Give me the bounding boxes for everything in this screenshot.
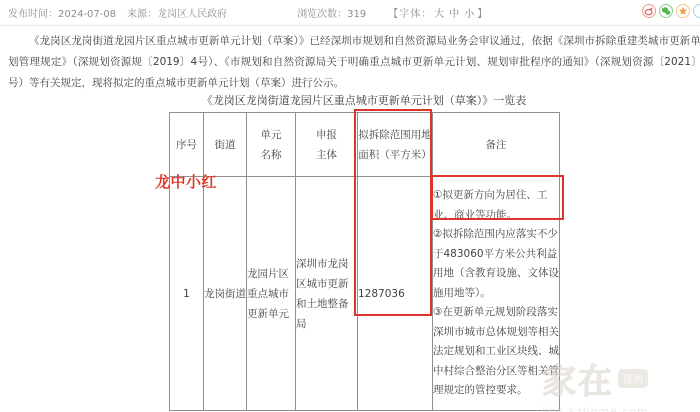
- header-remarks: 备注: [433, 113, 560, 177]
- favorite-star-icon[interactable]: [676, 4, 690, 18]
- header-demolition-area: 拟拆除范围用地面积（平方米）: [358, 113, 433, 177]
- cell-street: 龙岗街道: [204, 177, 247, 411]
- more-share-icon[interactable]: [693, 4, 700, 18]
- watermark: 家在 深圳 bbs.szhome.com: [542, 354, 649, 412]
- view-count-label: 浏览次数：: [297, 9, 347, 20]
- font-size-switcher: 【字体：大中小】: [388, 5, 488, 20]
- publish-time: 发布时间：2024-07-08: [8, 5, 116, 20]
- publish-time-value: 2024-07-08: [58, 9, 116, 20]
- meta-bar: 发布时间：2024-07-08 来源：龙岗区人民政府 浏览次数：319 【字体：…: [0, 0, 700, 26]
- plan-table: 序号 街道 单元 名称 申报 主体 拟拆除范围用地面积（平方米） 备注 1 龙岗…: [169, 112, 560, 411]
- cell-unit-name: 龙园片区重点城市更新单元: [247, 177, 296, 411]
- cell-seq: 1: [170, 177, 204, 411]
- watermark-text: 家在: [542, 354, 614, 403]
- wechat-share-icon[interactable]: [659, 4, 673, 18]
- view-count: 浏览次数：319: [297, 5, 366, 20]
- annotation-reviewer-name: 龙中小红: [155, 171, 217, 192]
- weibo-share-icon[interactable]: [642, 4, 656, 18]
- publish-time-label: 发布时间：: [8, 9, 58, 20]
- font-size-medium-button[interactable]: 中: [449, 9, 460, 20]
- table-row: 1 龙岗街道 龙园片区重点城市更新单元 深圳市龙岗区城市更新和土地整备局 128…: [170, 177, 560, 411]
- font-switcher-close: 】: [477, 9, 488, 20]
- view-count-value: 319: [347, 9, 366, 20]
- source-value: 龙岗区人民政府: [157, 9, 227, 20]
- cell-remarks: ①拟更新方向为居住、工业、商业等功能。 ②拟拆除范围内应落实不少于483060平…: [433, 177, 560, 411]
- table-header-row: 序号 街道 单元 名称 申报 主体 拟拆除范围用地面积（平方米） 备注: [170, 113, 560, 177]
- share-toolbar: [642, 4, 700, 18]
- table-title: 《龙岗区龙岗街道龙园片区重点城市更新单元计划（草案）》一览表: [0, 92, 700, 108]
- font-size-small-button[interactable]: 小: [464, 9, 475, 20]
- notice-paragraph: 《龙岗区龙岗街道龙园片区重点城市更新单元计划（草案）》已经深圳市规划和自然资源局…: [8, 31, 700, 94]
- watermark-badge: 深圳: [618, 369, 648, 388]
- header-street: 街道: [204, 113, 247, 177]
- notice-page: 发布时间：2024-07-08 来源：龙岗区人民政府 浏览次数：319 【字体：…: [0, 0, 700, 412]
- watermark-url: bbs.szhome.com: [542, 405, 649, 412]
- source: 来源：龙岗区人民政府: [127, 5, 227, 20]
- header-unit-name: 单元 名称: [247, 113, 296, 177]
- header-seq: 序号: [170, 113, 204, 177]
- font-switcher-open: 【字体：: [388, 9, 432, 20]
- cell-demolition-area: 1287036: [358, 177, 433, 411]
- source-label: 来源：: [127, 9, 157, 20]
- font-size-large-button[interactable]: 大: [434, 9, 445, 20]
- header-applicant: 申报 主体: [296, 113, 358, 177]
- cell-applicant: 深圳市龙岗区城市更新和土地整备局: [296, 177, 358, 411]
